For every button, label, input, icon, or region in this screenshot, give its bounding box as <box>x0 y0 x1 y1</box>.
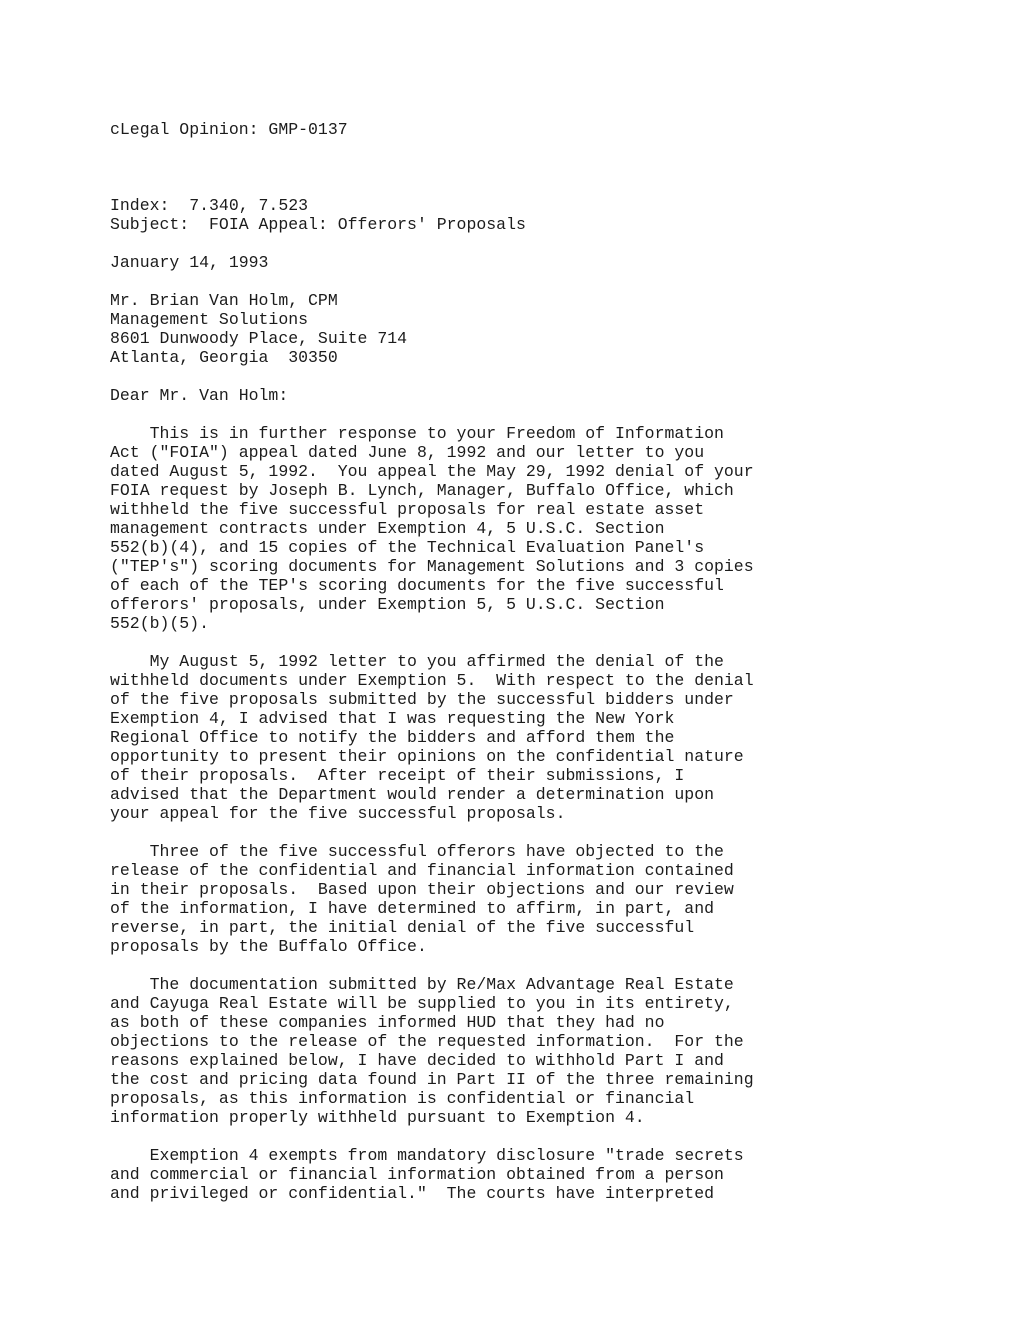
body-paragraph-1: This is in further response to your Free… <box>110 424 980 633</box>
recipient-address: Mr. Brian Van Holm, CPM Management Solut… <box>110 291 980 367</box>
opinion-header: cLegal Opinion: GMP-0137 <box>110 120 980 139</box>
date-line: January 14, 1993 <box>110 253 980 272</box>
body-paragraph-5: Exemption 4 exempts from mandatory discl… <box>110 1146 980 1203</box>
salutation: Dear Mr. Van Holm: <box>110 386 980 405</box>
legal-opinion-document: cLegal Opinion: GMP-0137 Index: 7.340, 7… <box>0 0 1020 1320</box>
body-paragraph-2: My August 5, 1992 letter to you affirmed… <box>110 652 980 823</box>
body-paragraph-3: Three of the five successful offerors ha… <box>110 842 980 956</box>
reference-block: Index: 7.340, 7.523 Subject: FOIA Appeal… <box>110 196 980 234</box>
body-paragraph-4: The documentation submitted by Re/Max Ad… <box>110 975 980 1127</box>
